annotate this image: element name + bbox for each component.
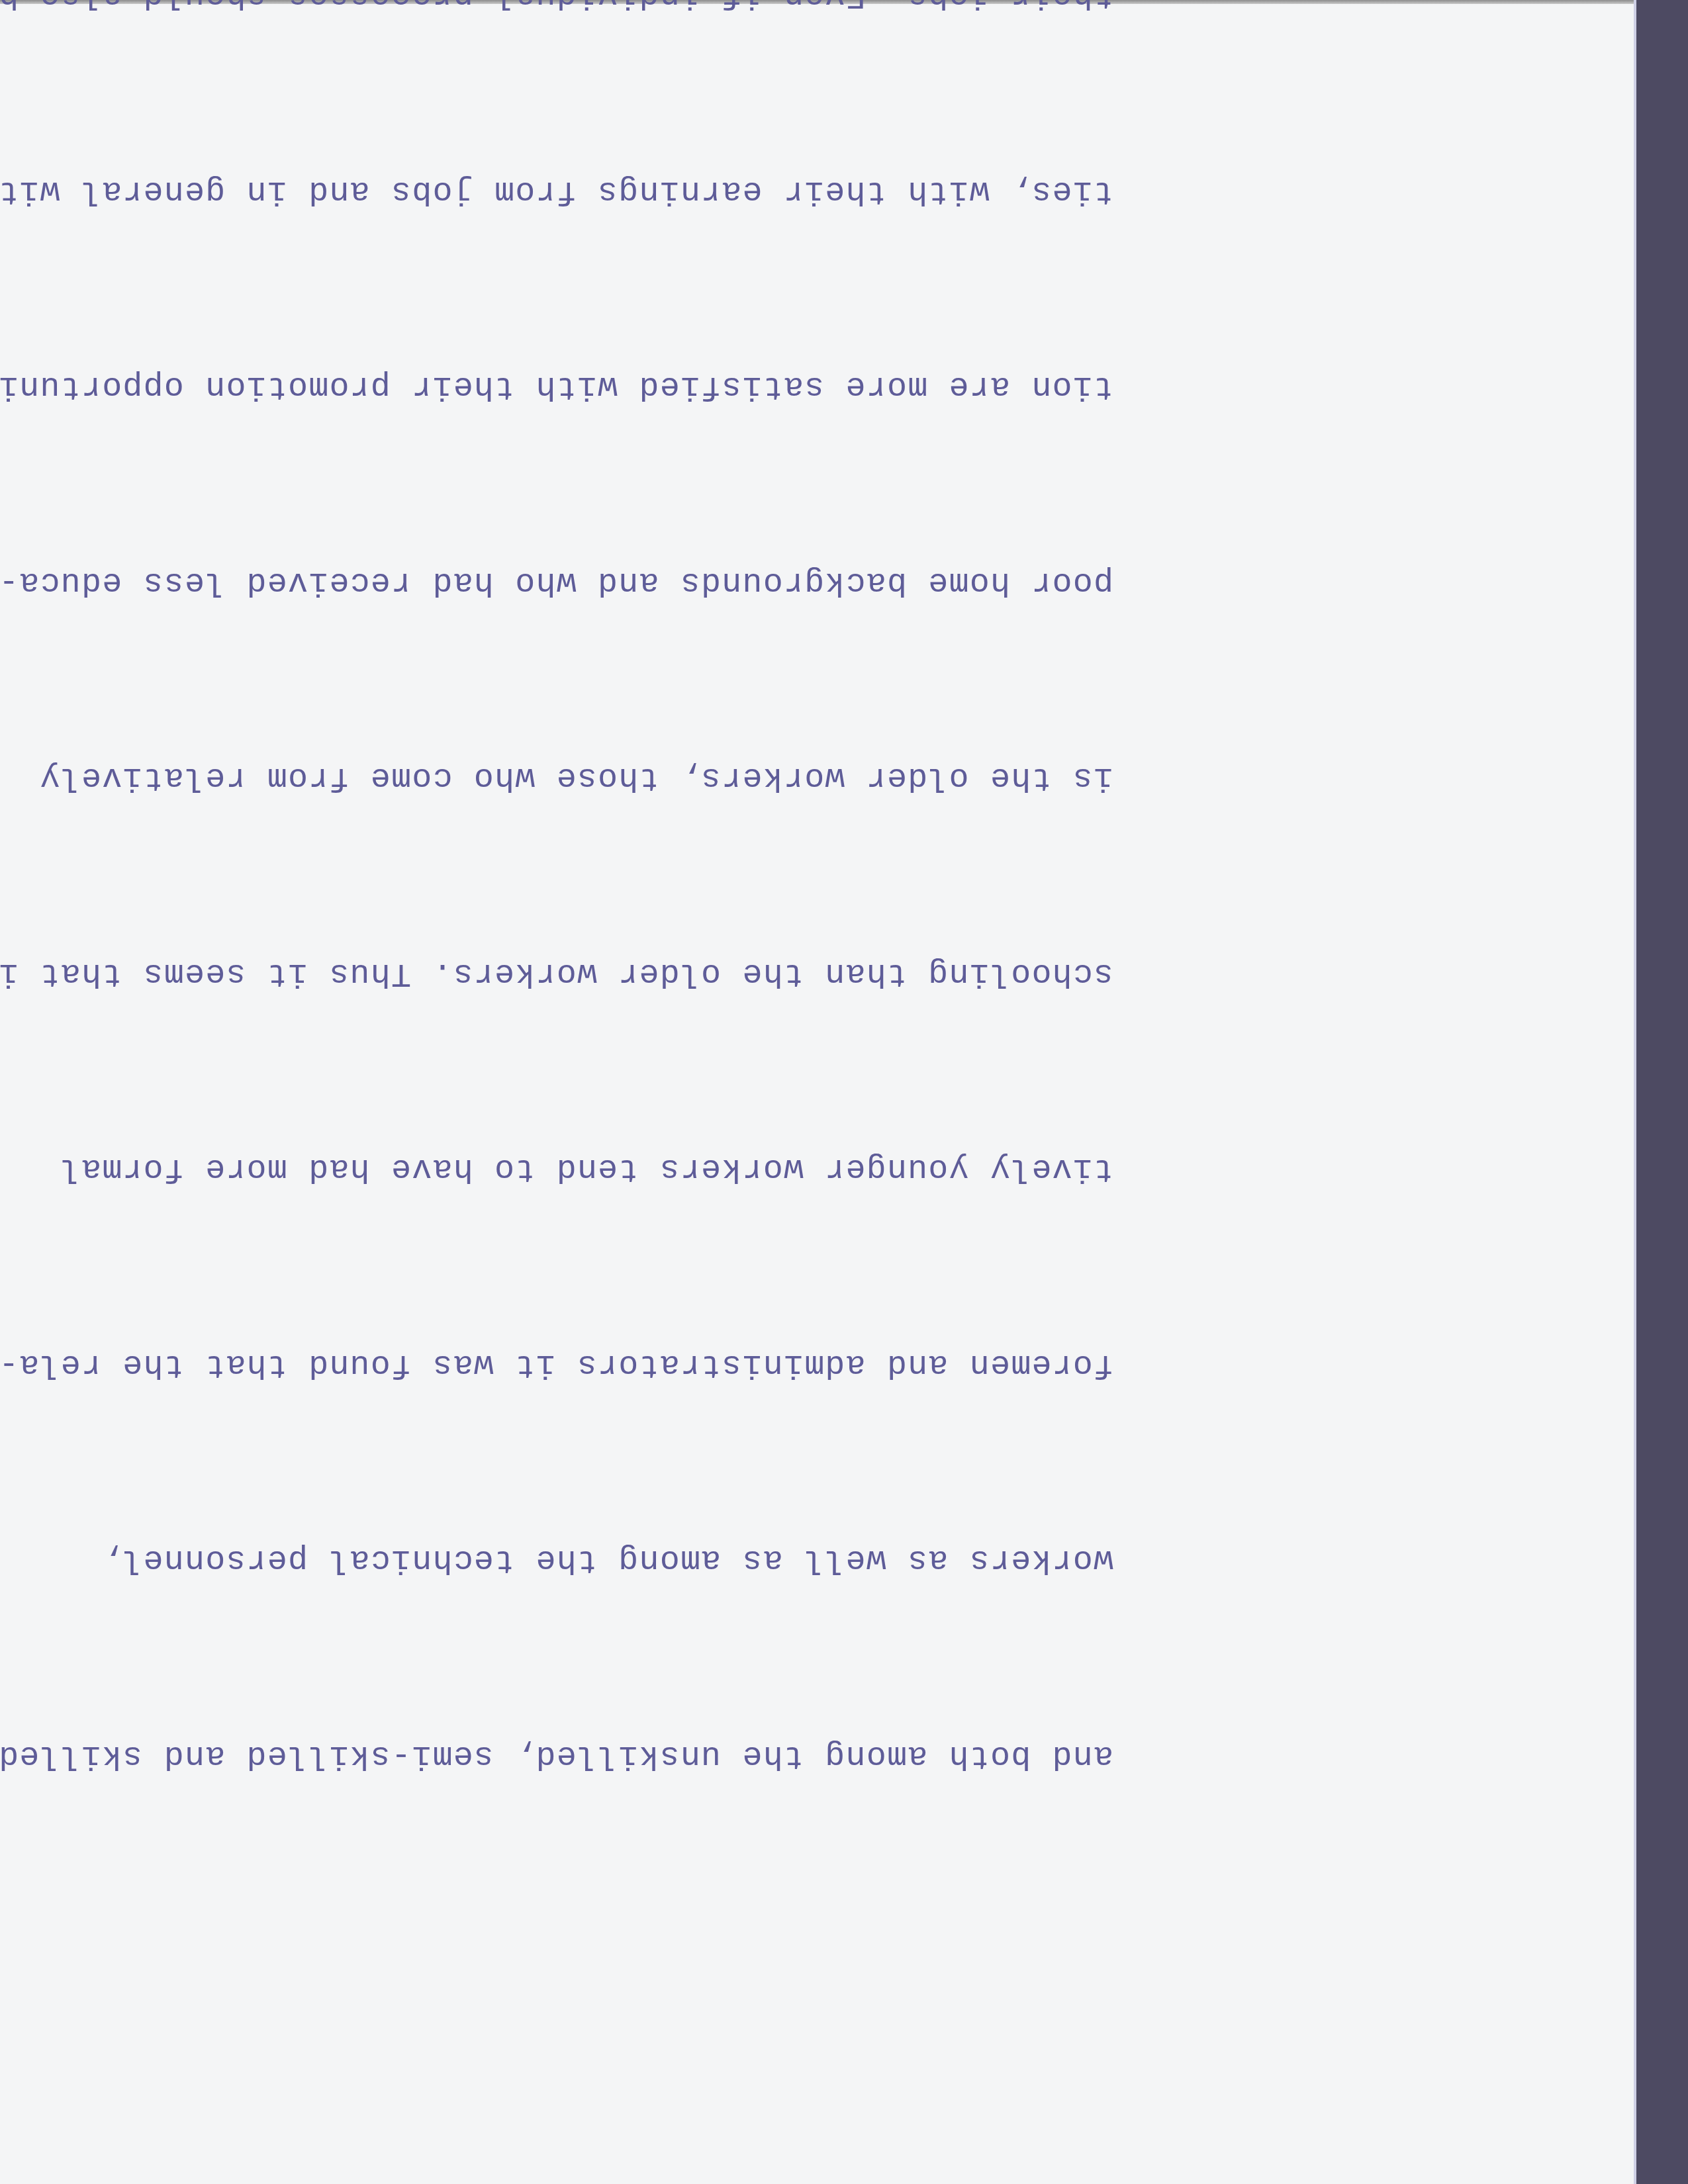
text-line: is the older workers, those who come fro… bbox=[0, 745, 1113, 810]
text-line: schooling than the older workers. Thus i… bbox=[0, 940, 1113, 1006]
document-page: and both among the unskilled, semi-skill… bbox=[0, 0, 1634, 2184]
text-line: tively younger workers tend to have had … bbox=[0, 1136, 1113, 1201]
document-body: and both among the unskilled, semi-skill… bbox=[0, 0, 1113, 2048]
scanner-edge-strip bbox=[1634, 0, 1688, 2184]
text-line: tion are more satisfied with their promo… bbox=[0, 353, 1113, 419]
text-line: their jobs. Even if individual processes… bbox=[0, 0, 1113, 28]
text-line: poor home backgrounds and who had receiv… bbox=[0, 549, 1113, 615]
text-line: and both among the unskilled, semi-skill… bbox=[0, 1723, 1113, 1788]
text-line: ties, with their earnings from jobs and … bbox=[0, 158, 1113, 224]
text-line: foremen and administrators it was found … bbox=[0, 1332, 1113, 1397]
text-line: workers as well as among the technical p… bbox=[0, 1527, 1113, 1592]
